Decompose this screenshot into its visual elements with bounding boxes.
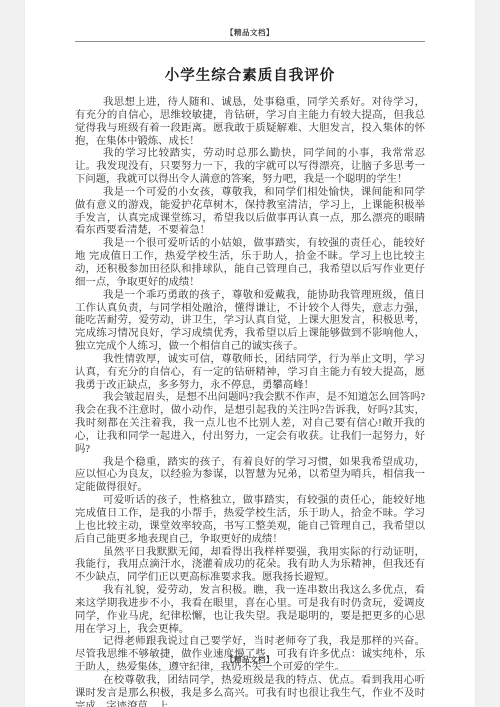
footer-badge: 【精品文档】 [75, 655, 425, 664]
paragraph: 我有礼貌，爱劳动，发言积极。瞧，我一连串数出我这么多优点，看来这学期我进步不小，… [75, 585, 425, 636]
paragraph: 我是一个乖巧勇敢的孩子，尊敬和爱戴我，能协助我管理班级，值日工作认真负责，与同学… [75, 290, 425, 354]
header-rule [75, 41, 425, 42]
paragraph: 我是个稳重，踏实的孩子，有着良好的学习习惯，如果我希望成功，应以恒心为良友，以经… [75, 457, 425, 496]
paragraph: 我是一个可爱的小女孩，尊敬我，和同学们相处愉快，课间能和同学做有意义的游戏，能爱… [75, 187, 425, 238]
paragraph: 我思想上进，待人随和、诚恳，处事稳重，同学关系好。对待学习，有充分的自信心，思维… [75, 97, 425, 148]
paragraph: 虽然平日我默默无闻，却看得出我样样要强，我用实际的行动证明，我能行，我用点滴汗水… [75, 547, 425, 586]
header-badge: 【精品文档】 [75, 28, 425, 37]
page-footer: 【精品文档】 [75, 655, 425, 671]
document-title: 小学生综合素质自我评价 [75, 64, 425, 85]
page-canvas: 【精品文档】 小学生综合素质自我评价 我思想上进，待人随和、诚恳，处事稳重，同学… [0, 0, 500, 707]
paragraph: 我会皱起眉头，是想不出问题吗?我会默不作声，是不知道怎么回答吗?我会在我不注意时… [75, 392, 425, 456]
paragraph: 可爱听话的孩子，性格独立，做事踏实，有较强的责任心，能较好地 完成值日工作，是我… [75, 495, 425, 546]
paragraph: 在校尊敬我，团结同学，热爱班级是我的特点、优点。看到我用心听课时发言是那么积极，… [75, 675, 425, 707]
paragraph: 我的学习比较踏实，劳动时总那么勤快，同学间的小事，我常常忍让。我发现没有，只要努… [75, 148, 425, 187]
paragraph: 我是一个很可爱听话的小姑娘，做事踏实，有较强的责任心，能较好地 完成值日工作，热… [75, 238, 425, 289]
page-header: 【精品文档】 [75, 28, 425, 42]
footer-rule [75, 670, 425, 671]
paragraph: 我性情敦厚，诚实可信，尊敬师长，团结同学，行为举止文明，学习认真，有充分的自信心… [75, 354, 425, 393]
document-page: 【精品文档】 小学生综合素质自我评价 我思想上进，待人随和、诚恳，处事稳重，同学… [25, 0, 475, 707]
document-body: 我思想上进，待人随和、诚恳，处事稳重，同学关系好。对待学习，有充分的自信心，思维… [75, 97, 425, 707]
